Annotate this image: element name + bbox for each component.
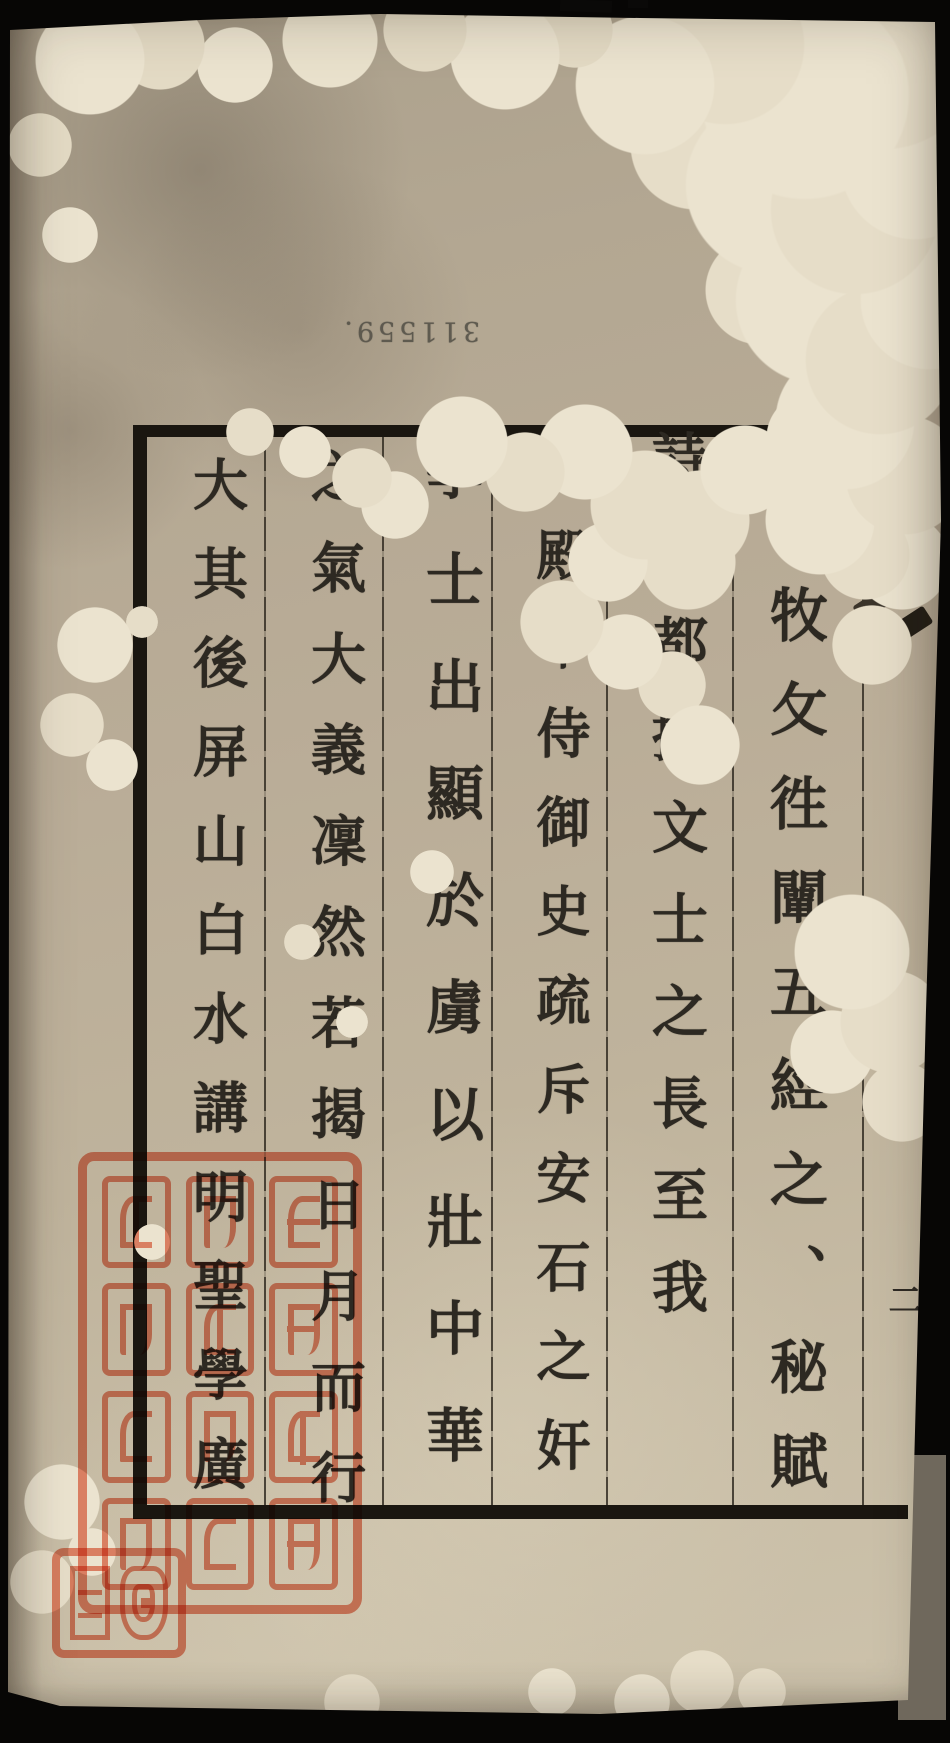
seal-script-glyph	[269, 1283, 338, 1375]
paper-sheet: 311559. 牧攵徃闡五經之、秘賦 詩書都擅文士之長至我 宋殿中侍御史疏斥安石…	[0, 0, 950, 1743]
seal-script-glyph	[186, 1391, 255, 1483]
seal-script-glyph	[269, 1391, 338, 1483]
column-divider	[732, 437, 734, 1505]
torn-edge-notch	[560, 0, 612, 13]
text-column-1-rightmost: 牧攵徃闡五經之、秘賦	[752, 585, 836, 1525]
text-column-4: 學士出顯於虜以壯中華	[408, 442, 492, 1512]
frame-border-top	[133, 425, 868, 437]
seal-script-glyph	[102, 1176, 171, 1268]
scanned-manuscript-page: 311559. 牧攵徃闡五經之、秘賦 詩書都擅文士之長至我 宋殿中侍御史疏斥安石…	[0, 0, 950, 1743]
column-divider	[382, 437, 384, 1505]
text-column-3: 宋殿中侍御史疏斥安石之奸	[522, 438, 599, 1506]
text-column-2: 詩書都擅文士之長至我	[636, 430, 716, 1350]
seal-script-glyph	[186, 1498, 255, 1590]
seal-script-glyph	[102, 1391, 171, 1483]
seal-script-glyph	[70, 1566, 110, 1640]
seal-script-glyph	[269, 1176, 338, 1268]
red-collection-seal	[78, 1152, 362, 1614]
seal-script-glyph	[186, 1176, 255, 1268]
accession-number-stamp: 311559.	[340, 312, 480, 346]
seal-script-glyph	[269, 1498, 338, 1590]
seal-script-glyph	[120, 1566, 168, 1640]
margin-page-number: 二	[878, 1282, 927, 1316]
column-divider	[862, 437, 864, 1505]
red-collection-seal-lower	[52, 1548, 186, 1658]
seal-script-glyph	[102, 1283, 171, 1375]
seal-script-glyph	[186, 1283, 255, 1375]
column-divider	[606, 437, 608, 1505]
torn-edge-notch	[628, 0, 648, 8]
